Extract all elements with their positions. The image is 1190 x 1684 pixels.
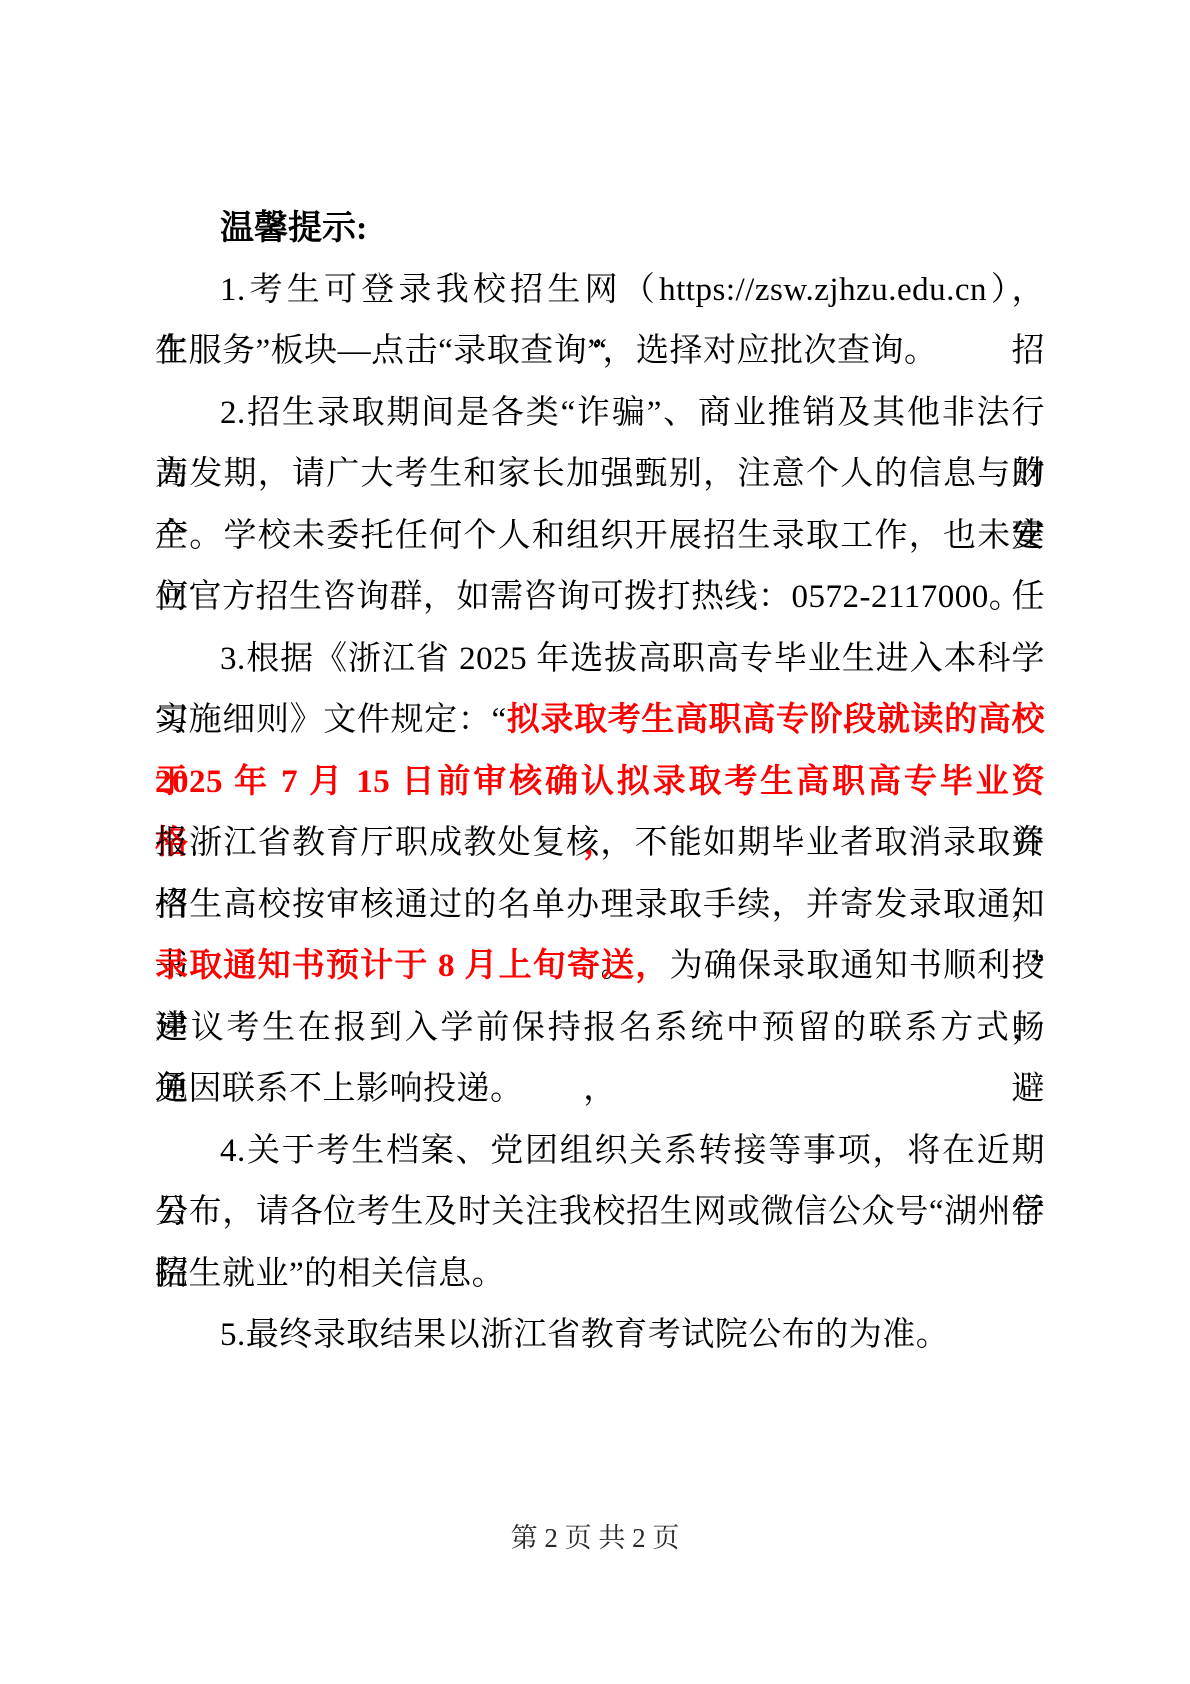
text-line: 高发期，请广大考生和家长加强甄别，注意个人的信息与财产安 (155, 444, 1045, 506)
text-line: 生服务”板块—点击“录取查询”，选择对应批次查询。 (155, 321, 1045, 383)
text-line: 实施细则》文件规定：“拟录取考生高职高专阶段就读的高校于 (155, 690, 1045, 752)
text-line: 建议考生在报到入学前保持报名系统中预留的联系方式畅通，避 (155, 998, 1045, 1060)
text-line: 全。学校未委托任何个人和组织开展招生录取工作，也未建立任 (155, 506, 1045, 568)
text-line: 5.最终录取结果以浙江省教育考试院公布的为准。 (155, 1305, 1045, 1367)
paragraph-lines: 1.考生可登录我校招生网（https://zsw.zjhzu.edu.cn），在… (155, 260, 1045, 1367)
text-line: 报浙江省教育厅职成教处复核，不能如期毕业者取消录取资格， (155, 813, 1045, 875)
text-line: 4.关于考生档案、党团组织关系转接等事项，将在近期另行 (155, 1121, 1045, 1183)
document-page: 温馨提示: 1.考生可登录我校招生网（https://zsw.zjhzu.edu… (0, 0, 1190, 1684)
text-line: 公布，请各位考生及时关注我校招生网或微信公众号“湖州学院 (155, 1182, 1045, 1244)
document-body: 温馨提示: 1.考生可登录我校招生网（https://zsw.zjhzu.edu… (155, 198, 1045, 1367)
text-segment: 5.最终录取结果以浙江省教育考试院公布的为准。 (220, 1317, 949, 1353)
text-segment: 实施细则》文件规定：“ (155, 702, 507, 738)
emphasis-text: 录取通知书预计于 8 月上旬寄送， (155, 948, 670, 984)
text-line: 招生就业”的相关信息。 (155, 1244, 1045, 1306)
text-segment: 免因联系不上影响投递。 (155, 1071, 524, 1107)
text-segment: 生服务”板块—点击“录取查询”，选择对应批次查询。 (155, 333, 937, 369)
text-line: 2025 年 7 月 15 日前审核确认拟录取考生高职高专毕业资格，并 (155, 752, 1045, 814)
page-footer: 第 2 页 共 2 页 (0, 1516, 1190, 1560)
text-line: 3.根据《浙江省 2025 年选拔高职高专毕业生进入本科学习 (155, 629, 1045, 691)
text-line: 何官方招生咨询群，如需咨询可拨打热线：0572-2117000。 (155, 567, 1045, 629)
text-line: 招生高校按审核通过的名单办理录取手续，并寄发录取通知书。” (155, 875, 1045, 937)
text-segment: 招生就业”的相关信息。 (155, 1256, 505, 1292)
text-line: 2.招生录取期间是各类“诈骗”、商业推销及其他非法行为的 (155, 383, 1045, 445)
text-line: 1.考生可登录我校招生网（https://zsw.zjhzu.edu.cn），在… (155, 260, 1045, 322)
section-heading: 温馨提示: (155, 198, 1045, 260)
text-segment: 何官方招生咨询群，如需咨询可拨打热线：0572-2117000。 (155, 579, 1022, 615)
text-line: 录取通知书预计于 8 月上旬寄送，为确保录取通知书顺利投递， (155, 936, 1045, 998)
